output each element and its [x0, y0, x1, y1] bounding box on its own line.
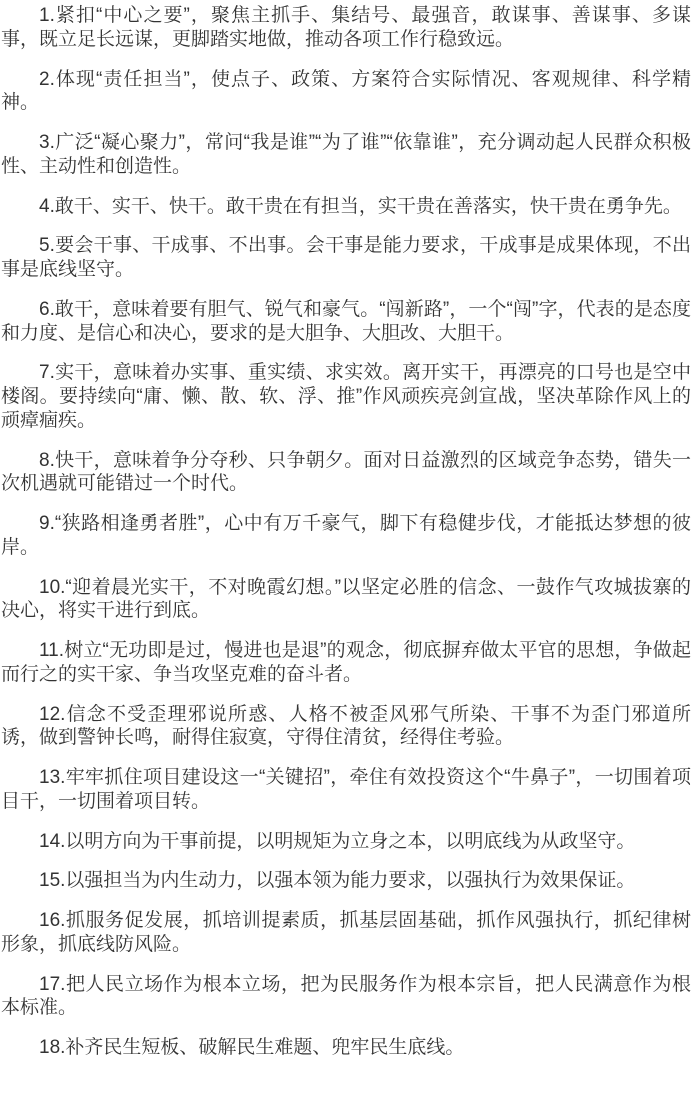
list-item-5: 5.要会干事、干成事、不出事。会干事是能力要求，干成事是成果体现，不出事是底线坚…	[1, 234, 691, 282]
list-item-10: 10.“迎着晨光实干，不对晚霞幻想。”以坚定必胜的信念、一鼓作气攻城拔寨的决心，…	[1, 576, 691, 624]
list-item-15: 15.以强担当为内生动力，以强本领为能力要求，以强执行为效果保证。	[1, 869, 691, 893]
list-item-7: 7.实干，意味着办实事、重实绩、求实效。离开实干，再漂亮的口号也是空中楼阁。要持…	[1, 361, 691, 432]
list-item-6: 6.敢干，意味着要有胆气、锐气和豪气。“闯新路”，一个“闯”字，代表的是态度和力…	[1, 298, 691, 346]
list-item-16: 16.抓服务促发展，抓培训提素质，抓基层固基础，抓作风强执行，抓纪律树形象，抓底…	[1, 909, 691, 957]
list-item-8: 8.快干，意味着争分夺秒、只争朝夕。面对日益激烈的区域竞争态势，错失一次机遇就可…	[1, 449, 691, 497]
list-item-18: 18.补齐民生短板、破解民生难题、兜牢民生底线。	[1, 1036, 691, 1060]
list-item-13: 13.牢牢抓住项目建设这一“关键招”，牵住有效投资这个“牛鼻子”，一切围着项目干…	[1, 766, 691, 814]
list-item-17: 17.把人民立场作为根本立场，把为民服务作为根本宗旨，把人民满意作为根本标准。	[1, 973, 691, 1021]
list-item-11: 11.树立“无功即是过，慢进也是退”的观念，彻底摒弃做太平官的思想，争做起而行之…	[1, 639, 691, 687]
list-item-14: 14.以明方向为干事前提，以明规矩为立身之本，以明底线为从政坚守。	[1, 830, 691, 854]
list-item-2: 2.体现“责任担当”，使点子、政策、方案符合实际情况、客观规律、科学精神。	[1, 68, 691, 116]
list-item-12: 12.信念不受歪理邪说所惑、人格不被歪风邪气所染、干事不为歪门邪道所诱，做到警钟…	[1, 703, 691, 751]
list-item-4: 4.敢干、实干、快干。敢干贵在有担当，实干贵在善落实，快干贵在勇争先。	[1, 195, 691, 219]
list-item-3: 3.广泛“凝心聚力”，常问“我是谁”“为了谁”“依靠谁”，充分调动起人民群众积极…	[1, 131, 691, 179]
article-page: 1.紧扣“中心之要”，聚焦主抓手、集结号、最强音，敢谋事、善谋事、多谋事，既立足…	[0, 0, 693, 1066]
list-item-1: 1.紧扣“中心之要”，聚焦主抓手、集结号、最强音，敢谋事、善谋事、多谋事，既立足…	[1, 4, 691, 52]
list-item-9: 9.“狭路相逢勇者胜”，心中有万千豪气，脚下有稳健步伐，才能抵达梦想的彼岸。	[1, 512, 691, 560]
